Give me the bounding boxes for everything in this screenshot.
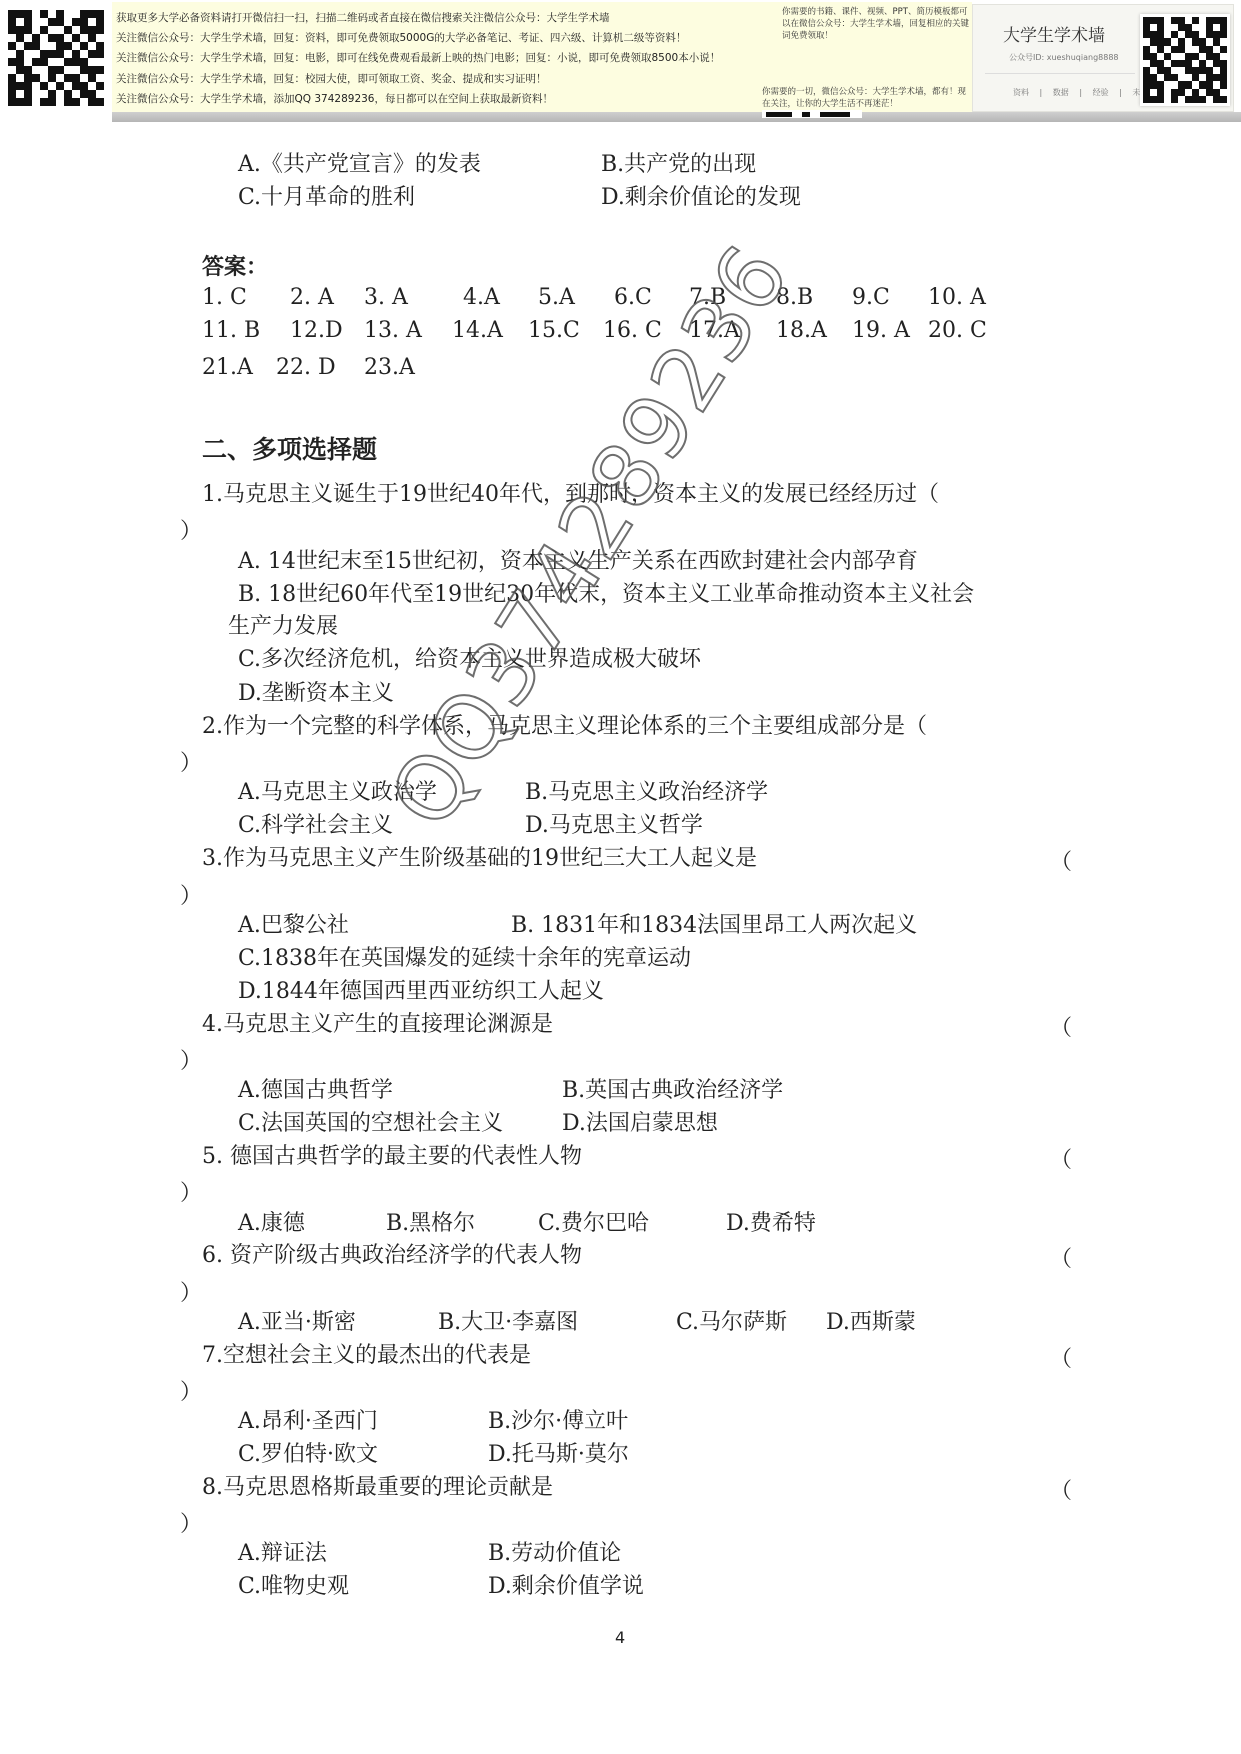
answer-paren-close: ）	[180, 514, 202, 545]
question-stem: 4.马克思主义产生的直接理论渊源是	[202, 1011, 553, 1039]
answer-item: 19. A	[852, 318, 910, 343]
nav-separator: |	[1079, 88, 1082, 97]
answer-paren-open: （	[1050, 1011, 1072, 1042]
option: C.法国英国的空想社会主义	[238, 1110, 503, 1138]
nav-separator: |	[1119, 88, 1122, 97]
answer-item: 8.B	[776, 285, 813, 310]
answer-item: 18.A	[776, 318, 827, 343]
option: B.劳动价值论	[488, 1540, 621, 1568]
section-title: 二、多项选择题	[202, 430, 377, 466]
ad-line: 关注微信公众号：大学生学术墙，回复：校园大使，即可领取工资、奖金、提成和实习证明…	[116, 71, 547, 86]
answer-paren-open: （	[1050, 1474, 1072, 1505]
nav-item: 资料	[1013, 88, 1029, 97]
question-stem: 3.作为马克思主义产生阶级基础的19世纪三大工人起义是	[202, 845, 757, 873]
option: A. 14世纪末至15世纪初，资本主义生产关系在西欧封建社会内部孕育	[238, 548, 918, 576]
account-nav: 资料 | 数据 | 经验 | 未来	[1009, 87, 1152, 98]
answer-item: 1. C	[202, 285, 247, 310]
question-stem: 6. 资产阶级古典政治经济学的代表人物	[202, 1242, 582, 1270]
answer-item: 9.C	[852, 285, 890, 310]
option: D.托马斯·莫尔	[488, 1441, 629, 1469]
question-stem: 5. 德国古典哲学的最主要的代表性人物	[202, 1143, 582, 1171]
option: C.罗伯特·欧文	[238, 1441, 378, 1469]
qr-code-right	[1140, 14, 1230, 106]
option: D.剩余价值学说	[488, 1573, 644, 1601]
option-b: B.共产党的出现	[601, 151, 756, 179]
option: A.马克思主义政治学	[238, 779, 437, 807]
nav-item: 经验	[1093, 88, 1109, 97]
option: D.法国启蒙思想	[562, 1110, 718, 1138]
page-number: 4	[615, 1628, 625, 1647]
answer-item: 5.A	[538, 285, 575, 310]
account-id: 公众号ID: xueshuqiang8888	[1009, 52, 1119, 63]
question-stem: 2.作为一个完整的科学体系，马克思主义理论体系的三个主要组成部分是（	[202, 713, 927, 741]
answer-paren-close: ）	[180, 1044, 202, 1075]
answer-item: 12.D	[290, 318, 343, 343]
answer-item: 6.C	[614, 285, 652, 310]
option: C.马尔萨斯	[676, 1309, 787, 1337]
answer-paren-open: （	[1050, 1143, 1072, 1174]
watermark: QQ374289236	[370, 227, 809, 845]
answer-item: 15.C	[528, 318, 580, 343]
nav-separator: |	[1040, 88, 1043, 97]
answer-item: 20. C	[928, 318, 987, 343]
option: B.马克思主义政治经济学	[525, 779, 768, 807]
ad-line: 关注微信公众号：大学生学术墙，添加QQ 374289236，每日都可以在空间上获…	[116, 91, 553, 106]
answer-paren-close: ）	[180, 1507, 202, 1538]
divider	[985, 73, 1135, 74]
option: C.费尔巴哈	[538, 1210, 649, 1238]
answer-paren-close: ）	[180, 746, 202, 777]
option-c: C.十月革命的胜利	[238, 184, 415, 212]
question-stem: 8.马克思恩格斯最重要的理论贡献是	[202, 1474, 553, 1502]
answer-item: 21.A	[202, 355, 253, 380]
option: B.英国古典政治经济学	[562, 1077, 783, 1105]
answer-item: 7.B	[689, 285, 726, 310]
answer-item: 11. B	[202, 318, 260, 343]
answer-item: 3. A	[364, 285, 408, 310]
option: D.西斯蒙	[826, 1309, 916, 1337]
option: A.康德	[238, 1210, 305, 1238]
ad-text-panel: 获取更多大学必备资料请打开微信扫一扫，扫描二维码或者直接在微信搜索关注微信公众号…	[112, 2, 972, 114]
answer-item: 23.A	[364, 355, 415, 380]
option: C.科学社会主义	[238, 812, 393, 840]
answers-label: 答案：	[202, 250, 268, 281]
ad-side-bottom: 你需要的一切，微信公众号：大学生学术墙，都有！现在关注，让你的大学生活不再迷茫！	[762, 86, 972, 110]
option: C.唯物史观	[238, 1573, 349, 1601]
banner-bottom-strip	[112, 112, 1241, 122]
option: C.多次经济危机，给资本主义世界造成极大破坏	[238, 646, 701, 674]
option: D.马克思主义哲学	[525, 812, 703, 840]
answer-item: 22. D	[276, 355, 336, 380]
ad-line: 获取更多大学必备资料请打开微信扫一扫，扫描二维码或者直接在微信搜索关注微信公众号…	[116, 10, 610, 25]
answer-paren-open: （	[1050, 1242, 1072, 1273]
qr-code-left	[8, 10, 104, 106]
ad-line: 关注微信公众号：大学生学术墙，回复：资料，即可免费领取5000G的大学必备笔记、…	[116, 30, 686, 45]
question-stem: 7.空想社会主义的最杰出的代表是	[202, 1342, 531, 1370]
ad-side-top: 你需要的书籍、课件、视频、PPT、简历模板都可以在微信公众号：大学生学术墙，回复…	[782, 6, 972, 42]
question-stem: 1.马克思主义诞生于19世纪40年代，到那时，资本主义的发展已经经历过（	[202, 481, 939, 509]
option-d: D.剩余价值论的发现	[601, 184, 801, 212]
option: B. 1831年和1834法国里昂工人两次起义	[511, 912, 917, 940]
option: D.垄断资本主义	[238, 680, 394, 708]
option: A.德国古典哲学	[238, 1077, 393, 1105]
option: D.1844年德国西里西亚纺织工人起义	[238, 978, 604, 1006]
answer-item: 4.A	[463, 285, 500, 310]
answer-paren-open: （	[1050, 1342, 1072, 1373]
answer-paren-open: （	[1050, 845, 1072, 876]
option: B.沙尔·傅立叶	[488, 1408, 628, 1436]
answer-paren-close: ）	[180, 1375, 202, 1406]
banner-mark	[762, 110, 862, 118]
ad-banner: 获取更多大学必备资料请打开微信扫一扫，扫描二维码或者直接在微信搜索关注微信公众号…	[0, 0, 1241, 122]
option: B.黑格尔	[386, 1210, 475, 1238]
answer-paren-close: ）	[180, 879, 202, 910]
option-a: A.《共产党宣言》的发表	[238, 151, 481, 179]
answer-item: 16. C	[603, 318, 662, 343]
answer-paren-close: ）	[180, 1176, 202, 1207]
answer-item: 13. A	[364, 318, 422, 343]
answer-item: 14.A	[452, 318, 503, 343]
ad-line: 关注微信公众号：大学生学术墙，回复：电影，即可在线免费观看最新上映的热门电影；回…	[116, 50, 720, 65]
answer-item: 17.A	[689, 318, 740, 343]
answer-paren-close: ）	[180, 1276, 202, 1307]
option: A.巴黎公社	[238, 912, 349, 940]
answer-item: 2. A	[290, 285, 334, 310]
option: A.辩证法	[238, 1540, 327, 1568]
option: D.费希特	[726, 1210, 816, 1238]
option: B. 18世纪60年代至19世纪30年代末，资本主义工业革命推动资本主义社会	[238, 581, 974, 609]
option: A.昂利·圣西门	[238, 1408, 378, 1436]
answer-item: 10. A	[928, 285, 986, 310]
option-continuation: 生产力发展	[228, 613, 338, 641]
option: C.1838年在英国爆发的延续十余年的宪章运动	[238, 945, 691, 973]
option: B.大卫·李嘉图	[438, 1309, 578, 1337]
account-name: 大学生学术墙	[1003, 21, 1105, 46]
option: A.亚当·斯密	[238, 1309, 356, 1337]
nav-item: 数据	[1053, 88, 1069, 97]
